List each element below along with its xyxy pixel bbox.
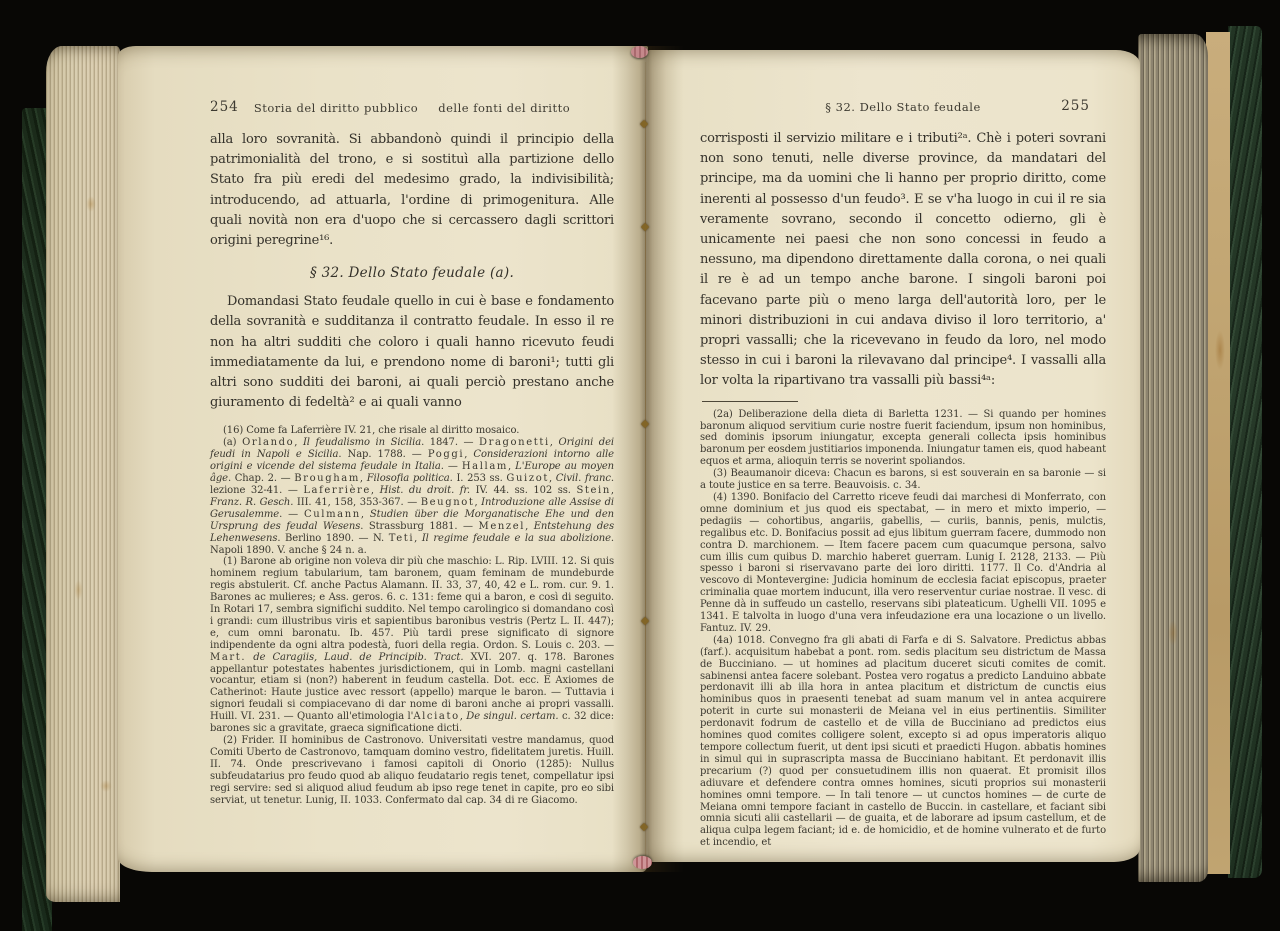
body-paragraph: Domandasi Stato feudale quello in cui è … <box>210 292 614 413</box>
right-page-number: 255 <box>1061 98 1090 114</box>
footnote-2a: (2a) Deliberazione della dieta di Barlet… <box>700 409 1106 469</box>
footnote-4: (4) 1390. Bonifacio del Carretto riceve … <box>700 492 1106 635</box>
running-header-part-1: Storia del diritto pubblico <box>254 101 418 115</box>
left-page: 254 Storia del diritto pubblico delle fo… <box>118 46 648 872</box>
headband-bottom <box>633 856 652 869</box>
running-header-title: § 32. Dello Stato feudale <box>825 100 981 114</box>
left-footnote-block: (16) Come fa Laferrière IV. 21, che risa… <box>210 425 614 806</box>
body-paragraph: corrisposti il servizio militare e i tri… <box>700 129 1106 392</box>
headband-top <box>631 46 648 58</box>
running-header-part-2: delle fonti del diritto <box>438 101 570 115</box>
page-stack-right-edge <box>1138 34 1208 882</box>
footnote-2: (2) Frider. II hominibus de Castronovo. … <box>210 735 614 806</box>
left-running-header: 254 Storia del diritto pubblico delle fo… <box>210 101 614 119</box>
right-page: § 32. Dello Stato feudale 255 corrispost… <box>648 50 1140 862</box>
right-page-text-column: § 32. Dello Stato feudale 255 corrispost… <box>700 100 1106 849</box>
section-heading: § 32. Dello Stato feudale (a). <box>210 265 614 281</box>
right-running-header: § 32. Dello Stato feudale 255 <box>700 100 1106 118</box>
book-cover-right-edge <box>1228 26 1262 878</box>
open-book-photo: 254 Storia del diritto pubblico delle fo… <box>0 0 1280 931</box>
body-paragraph: alla loro sovranità. Si abbandonò quindi… <box>210 130 614 251</box>
footnote-3: (3) Beaumanoir diceva: Chacun es barons,… <box>700 468 1106 492</box>
book-inner-board-right <box>1206 32 1230 874</box>
footnote-1: (1) Barone ab origine non voleva dir più… <box>210 556 614 735</box>
footnote-a: (a) Orlando, Il feudalismo in Sicilia. 1… <box>210 437 614 556</box>
binding-thread <box>645 62 646 860</box>
left-page-number: 254 <box>210 99 239 115</box>
right-footnote-block: (2a) Deliberazione della dieta di Barlet… <box>700 409 1106 850</box>
footnote-4a: (4a) 1018. Convegno fra gli abati di Far… <box>700 635 1106 849</box>
footnote-separator-rule <box>702 401 798 402</box>
page-stack-left-edge <box>46 46 120 902</box>
footnote-16: (16) Come fa Laferrière IV. 21, che risa… <box>210 425 614 437</box>
left-page-text-column: 254 Storia del diritto pubblico delle fo… <box>210 101 614 806</box>
